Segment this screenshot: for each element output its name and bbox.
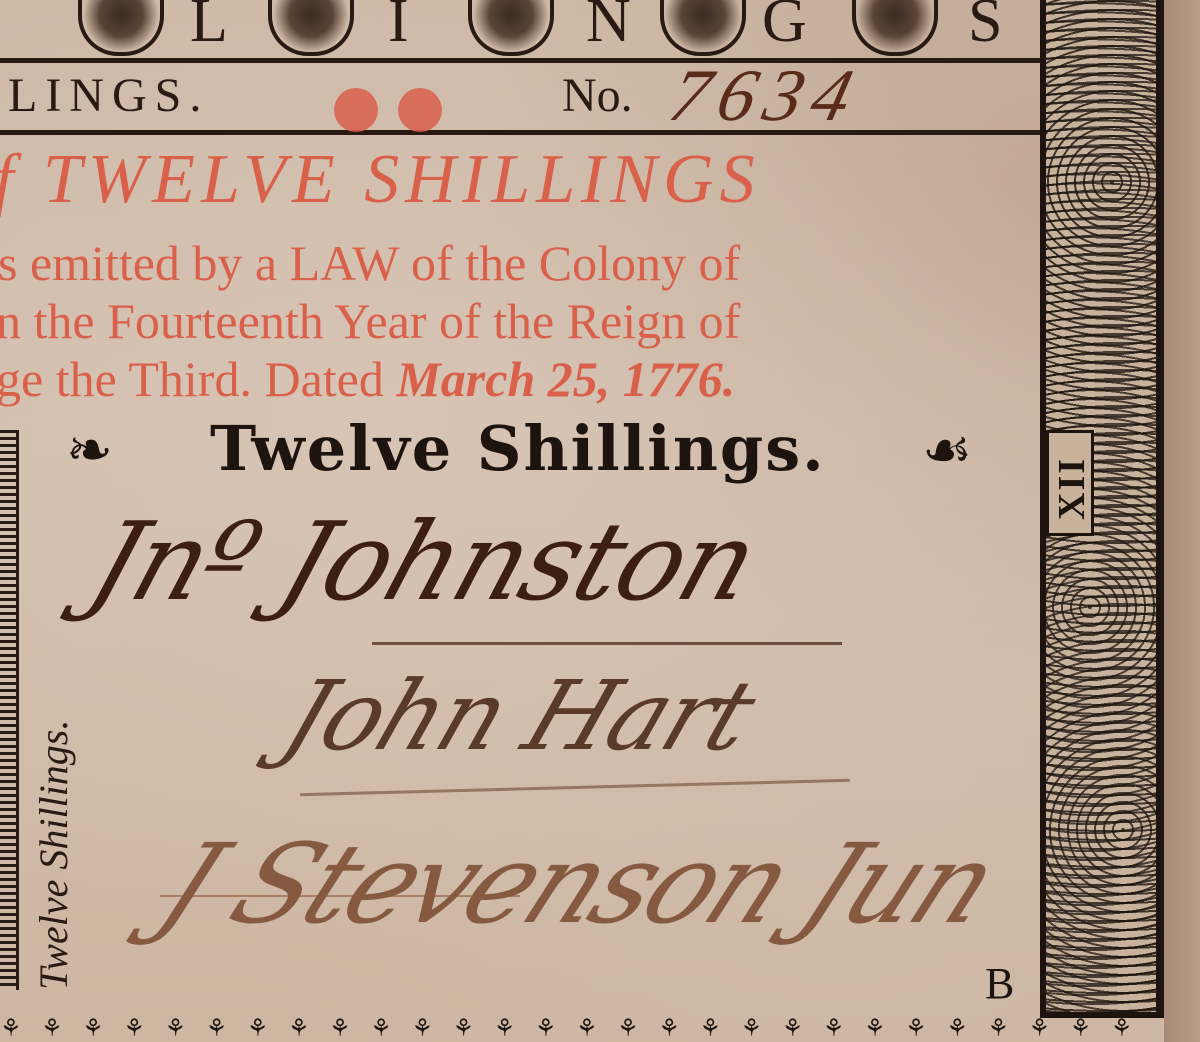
denomination-row: LINGS. No. 7634: [0, 62, 1040, 135]
signature-hart: John Hart: [270, 660, 769, 772]
vertical-denomination-text: Twelve Shillings.: [30, 720, 77, 990]
denomination-heading: LINGS.: [8, 68, 209, 123]
signature-stroke: [160, 895, 520, 897]
title-letter: G: [762, 0, 807, 57]
medallion-ornament: [468, 0, 554, 56]
title-band: L I N G S: [0, 0, 1045, 63]
serial-number: 7634: [661, 54, 870, 139]
title-letter: S: [968, 0, 1002, 57]
number-label: No.: [562, 68, 633, 123]
title-letter: I: [388, 0, 409, 57]
medallion-ornament: [268, 0, 354, 56]
left-border-pattern: [0, 430, 19, 990]
bottom-border-pattern: ⚘ ⚘ ⚘ ⚘ ⚘ ⚘ ⚘ ⚘ ⚘ ⚘ ⚘ ⚘ ⚘ ⚘ ⚘ ⚘ ⚘ ⚘ ⚘ ⚘ …: [0, 1014, 1164, 1042]
red-text-line: ge the Third. Dated March 25, 1776.: [0, 350, 735, 408]
roman-numeral: XII: [1050, 457, 1094, 520]
right-ornament-icon: ☙: [922, 418, 972, 483]
medallion-ornament: [660, 0, 746, 56]
medallion-ornament: [852, 0, 938, 56]
red-text-prefix: ge the Third. Dated: [0, 351, 384, 407]
signature-underline: [372, 642, 842, 645]
red-text-line: n the Fourteenth Year of the Reign of: [0, 292, 740, 350]
left-ornament-icon: ❧: [66, 418, 113, 483]
red-seal-dot: [334, 88, 378, 132]
medallion-ornament: [78, 0, 164, 56]
signature-stevenson: J Stevenson Jun: [142, 820, 1015, 948]
note-edge: [1164, 0, 1200, 1042]
title-letter: L: [190, 0, 228, 57]
plate-letter: B: [985, 958, 1014, 1009]
signature-johnston: Jnº Johnston: [76, 500, 771, 625]
title-letter: N: [586, 0, 631, 57]
red-text-line: s emitted by a LAW of the Colony of: [0, 234, 740, 292]
red-seal-dot: [398, 88, 442, 132]
issue-date: March 25, 1776.: [396, 351, 735, 407]
red-title: f TWELVE SHILLINGS: [0, 140, 761, 220]
blackletter-value: Twelve Shillings.: [210, 412, 826, 485]
